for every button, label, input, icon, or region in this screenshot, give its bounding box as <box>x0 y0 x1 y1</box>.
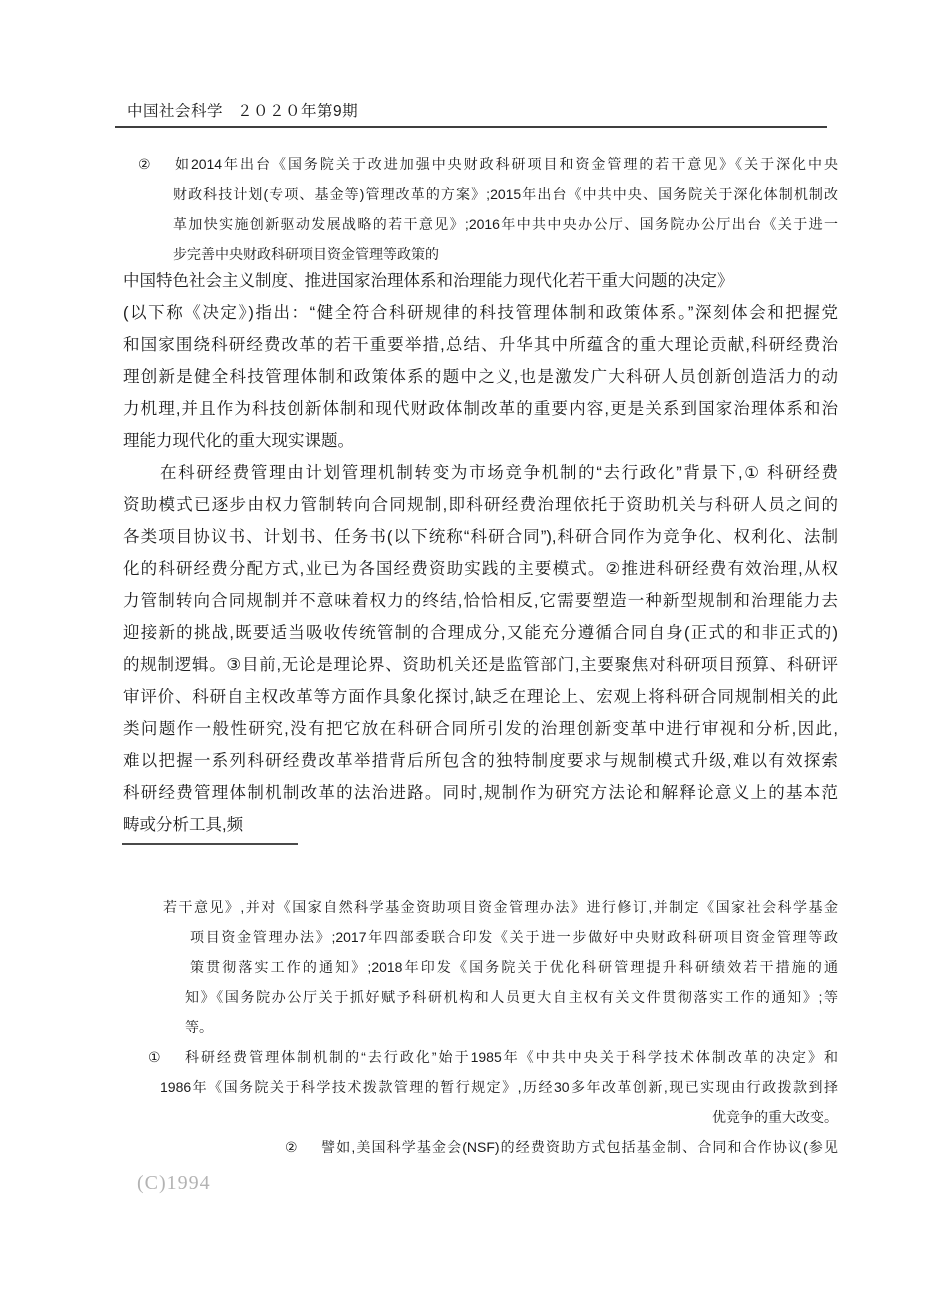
footnote-line: ①科研经费管理体制机制的“去行政化”始于1985年《中共中央关于科学技术体制改革… <box>115 1042 838 1072</box>
text-run: 步完善中央财政科研项目资金管理等政策的 <box>173 246 439 262</box>
footnote-line: 项目资金管理办法》;2017年四部委联合印发《关于进一步做好中央财政科研项目资金… <box>115 922 838 952</box>
text-run: 力管制转向合同规制并不意味着权力的终结,恰恰相反,它需要塑造一种新型规制和治理能… <box>123 592 838 610</box>
text-run: 和国家围绕科研经费改革的若干重要举措,总结、升华其中所蕴含的重大理论贡献,科研经… <box>123 336 838 354</box>
body-text: 中国特色社会主义制度、推进国家治理体系和治理能力现代化若干重大问题的决定》(以下… <box>123 265 838 841</box>
footnote-number-marker: ① <box>148 1042 183 1072</box>
body-line: 和国家围绕科研经费改革的若干重要举措,总结、升华其中所蕴含的重大理论贡献,科研经… <box>123 329 838 361</box>
text-run: 科研经费管理体制机制的“去行政化”始于1985年《中共中央关于科学技术体制改革的… <box>183 1049 838 1065</box>
body-line: 力机理,并且作为科技创新体制和现代财政体制改革的重要内容,更是关系到国家治理体系… <box>123 393 838 425</box>
body-line: 中国特色社会主义制度、推进国家治理体系和治理能力现代化若干重大问题的决定》 <box>123 265 838 297</box>
footnote-line: 知》《国务院办公厅关于抓好赋予科研机构和人员更大自主权有关文件贯彻落实工作的通知… <box>115 982 838 1012</box>
body-line: 迎接新的挑战,既要适当吸收传统管制的合理成分,又能充分遵循合同自身(正式的和非正… <box>123 617 838 649</box>
footnote-line: 革加快实施创新驱动发展战略的若干意见》;2016年中共中央办公厅、国务院办公厅出… <box>138 209 838 239</box>
text-run: 的规制逻辑。③目前,无论是理论界、资助机关还是监管部门,主要聚焦对科研项目预算、… <box>123 656 838 674</box>
text-run: (以下称《决定》)指出：“健全符合科研规律的科技管理体制和政策体系。”深刻体会和… <box>123 304 838 322</box>
paragraph: 在科研经费管理由计划管理机制转变为市场竞争机制的“去行政化”背景下,① 科研经费… <box>123 457 838 841</box>
footnote-separator-rule <box>122 843 298 845</box>
body-line: 审评价、科研自主权改革等方面作具象化探讨,缺乏在理论上、宏观上将科研合同规制相关… <box>123 681 838 713</box>
body-line: 理创新是健全科技管理体制和政策体系的题中之义,也是激发广大科研人员创新创造活力的… <box>123 361 838 393</box>
copyright-watermark: (C)1994 <box>137 1172 211 1195</box>
journal-title: 中国社会科学 <box>127 103 223 120</box>
body-line: 畴或分析工具,频 <box>123 809 838 841</box>
text-run: 各类项目协议书、计划书、任务书(以下统称“科研合同”),科研合同作为竞争化、权利… <box>123 528 838 546</box>
text-run: 理能力现代化的重大现实课题。 <box>123 432 354 450</box>
header-rule <box>115 126 827 128</box>
body-line: 类问题作一般性研究,没有把它放在科研合同所引发的治理创新变革中进行审视和分析,因… <box>123 713 838 745</box>
text-run: 财政科技计划(专项、基金等)管理改革的方案》;2015年出台《中共中央、国务院关… <box>173 186 838 202</box>
text-run: 譬如,美国科学基金会(NSF)的经费资助方式包括基金制、合同和合作协议(参见 <box>320 1139 838 1155</box>
body-line: 化的科研经费分配方式,业已为各国经费资助实践的主要模式。②推进科研经费有效治理,… <box>123 553 838 585</box>
journal-page: 中国社会科学２０２０年第9期 ②如2014年出台《国务院关于改进加强中央财政科研… <box>0 0 950 1312</box>
text-run: 力机理,并且作为科技创新体制和现代财政体制改革的重要内容,更是关系到国家治理体系… <box>123 400 838 418</box>
text-run: 迎接新的挑战,既要适当吸收传统管制的合理成分,又能充分遵循合同自身(正式的和非正… <box>123 624 838 642</box>
body-line: 力管制转向合同规制并不意味着权力的终结,恰恰相反,它需要塑造一种新型规制和治理能… <box>123 585 838 617</box>
text-run: 策贯彻落实工作的通知》;2018年印发《国务院关于优化科研管理提升科研绩效若干措… <box>190 959 838 975</box>
footnote-line: 等。 <box>115 1012 838 1042</box>
text-run: 中国特色社会主义制度、推进国家治理体系和治理能力现代化若干重大问题的决定》 <box>123 272 734 290</box>
footnote-line: 1986年《国务院关于科学技术拨款管理的暂行规定》,历经30多年改革创新,现已实… <box>115 1072 838 1102</box>
text-run: 优竞争的重大改变。 <box>712 1109 838 1125</box>
text-run: 如2014年出台《国务院关于改进加强中央财政科研项目和资金管理的若干意见》《关于… <box>173 156 838 172</box>
footnote-line: 财政科技计划(专项、基金等)管理改革的方案》;2015年出台《中共中央、国务院关… <box>138 179 838 209</box>
paragraph: 中国特色社会主义制度、推进国家治理体系和治理能力现代化若干重大问题的决定》(以下… <box>123 265 838 457</box>
body-line: 科研经费管理体制机制改革的法治进路。同时,规制作为研究方法论和解释论意义上的基本… <box>123 777 838 809</box>
body-line: 在科研经费管理由计划管理机制转变为市场竞争机制的“去行政化”背景下,① 科研经费 <box>123 457 838 489</box>
footnote-line: 策贯彻落实工作的通知》;2018年印发《国务院关于优化科研管理提升科研绩效若干措… <box>115 952 838 982</box>
body-line: (以下称《决定》)指出：“健全符合科研规律的科技管理体制和政策体系。”深刻体会和… <box>123 297 838 329</box>
footnote-number-marker: ② <box>138 149 173 179</box>
text-run: 类问题作一般性研究,没有把它放在科研合同所引发的治理创新变革中进行审视和分析,因… <box>123 720 838 738</box>
footnote-line: ②譬如,美国科学基金会(NSF)的经费资助方式包括基金制、合同和合作协议(参见 <box>115 1132 838 1162</box>
text-run: 在科研经费管理由计划管理机制转变为市场竞争机制的“去行政化”背景下,① 科研经费 <box>160 464 838 482</box>
text-run: 难以把握一系列科研经费改革举措背后所包含的独特制度要求与规制模式升级,难以有效探… <box>123 752 838 770</box>
text-run: 畴或分析工具,频 <box>123 816 243 834</box>
text-run: 革加快实施创新驱动发展战略的若干意见》;2016年中共中央办公厅、国务院办公厅出… <box>173 216 838 232</box>
text-run: 化的科研经费分配方式,业已为各国经费资助实践的主要模式。②推进科研经费有效治理,… <box>123 560 838 578</box>
body-line: 理能力现代化的重大现实课题。 <box>123 425 838 457</box>
body-line: 的规制逻辑。③目前,无论是理论界、资助机关还是监管部门,主要聚焦对科研项目预算、… <box>123 649 838 681</box>
bottom-footnote-block: 若干意见》,并对《国家自然科学基金资助项目资金管理办法》进行修订,并制定《国家社… <box>115 892 838 1162</box>
body-line: 资助模式已逐步由权力管制转向合同规制,即科研经费治理依托于资助机关与科研人员之间… <box>123 489 838 521</box>
text-run: 审评价、科研自主权改革等方面作具象化探讨,缺乏在理论上、宏观上将科研合同规制相关… <box>123 688 838 706</box>
issue-label: ２０２０年第9期 <box>237 103 358 120</box>
footnote-line: 优竞争的重大改变。 <box>115 1102 838 1132</box>
footnote-line: 若干意见》,并对《国家自然科学基金资助项目资金管理办法》进行修订,并制定《国家社… <box>115 892 838 922</box>
text-run: 等。 <box>185 1019 213 1035</box>
text-run: 若干意见》,并对《国家自然科学基金资助项目资金管理办法》进行修订,并制定《国家社… <box>163 899 838 915</box>
footnote-line: ②如2014年出台《国务院关于改进加强中央财政科研项目和资金管理的若干意见》《关… <box>138 149 838 179</box>
text-run: 项目资金管理办法》;2017年四部委联合印发《关于进一步做好中央财政科研项目资金… <box>190 929 838 945</box>
text-run: 理创新是健全科技管理体制和政策体系的题中之义,也是激发广大科研人员创新创造活力的… <box>123 368 838 386</box>
text-run: 资助模式已逐步由权力管制转向合同规制,即科研经费治理依托于资助机关与科研人员之间… <box>123 496 838 514</box>
text-run: 科研经费管理体制机制改革的法治进路。同时,规制作为研究方法论和解释论意义上的基本… <box>123 784 838 802</box>
footnote-number-marker: ② <box>285 1132 320 1162</box>
journal-header: 中国社会科学２０２０年第9期 <box>127 99 358 121</box>
top-footnote-block: ②如2014年出台《国务院关于改进加强中央财政科研项目和资金管理的若干意见》《关… <box>138 149 838 269</box>
text-run: 1986年《国务院关于科学技术拨款管理的暂行规定》,历经30多年改革创新,现已实… <box>160 1079 838 1095</box>
text-run: 知》《国务院办公厅关于抓好赋予科研机构和人员更大自主权有关文件贯彻落实工作的通知… <box>185 989 838 1005</box>
body-line: 难以把握一系列科研经费改革举措背后所包含的独特制度要求与规制模式升级,难以有效探… <box>123 745 838 777</box>
body-line: 各类项目协议书、计划书、任务书(以下统称“科研合同”),科研合同作为竞争化、权利… <box>123 521 838 553</box>
